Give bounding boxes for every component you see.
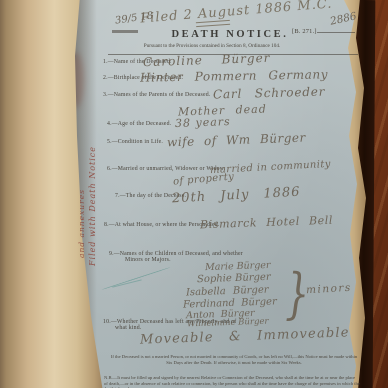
field-value-age: 38 years (175, 115, 231, 130)
field-label-parents: 3.—Names of the Parents of the Deceased. (103, 92, 210, 98)
margin-note-red-line2: and annexures (77, 128, 86, 258)
margin-note-red-line1: Filed with Death Notice (88, 96, 97, 266)
field-value-parents: Carl Schroeder (213, 85, 326, 102)
form-title: DEATH NOTICE. (150, 29, 310, 40)
field-label-marital-status: 6.—Married or unmarried, Widower or Wido… (107, 166, 225, 172)
document-photo: Filed 2 August 1886 M.C. 39/5 18 2886 DE… (0, 0, 388, 388)
form-code: [B. 271.] (292, 28, 317, 35)
footnote-deadline: If the Deceased is not a married Person,… (108, 354, 360, 365)
footnote-nb: N.B.—It must be filled up and signed by … (104, 375, 360, 388)
small-print-smudge (112, 30, 138, 33)
field-label-property-line2: what kind. (115, 325, 141, 331)
field-label-age: 4.—Age of the Deceased. (107, 121, 171, 127)
field-label-children-line2: Minors or Majors. (125, 257, 171, 263)
form-subtitle: Pursuant to the Provisions contained in … (134, 43, 290, 49)
children-minors-note: minors (306, 282, 352, 296)
code-rule (317, 32, 355, 33)
field-label-condition: 5.—Condition in Life. (107, 139, 163, 145)
